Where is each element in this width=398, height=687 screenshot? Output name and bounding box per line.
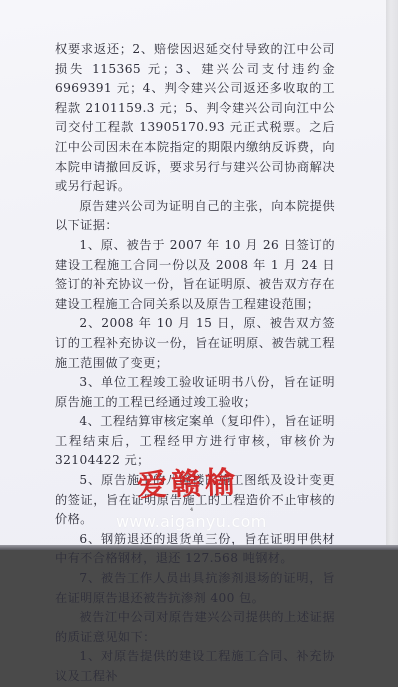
document-page: 权要求返还；2、赔偿因迟延交付导致的江中公司损失 115365 元；3、建兴公司…: [0, 0, 386, 545]
paragraph-evidence-4: 4、工程结算审核定案单（复印件），旨在证明工程结束后，工程经甲方进行审核，审核价…: [55, 412, 335, 471]
paragraph-evidence-intro: 原告建兴公司为证明自己的主张，向本院提供以下证据：: [55, 197, 335, 236]
paragraph-evidence-2: 2、2008 年 10 月 15 日，原、被告双方签订的工程补充协议一份，旨在证…: [55, 314, 335, 373]
scan-shadow: [0, 545, 398, 550]
paragraph-evidence-1: 1、原、被告于 2007 年 10 月 26 日签订的建设工程施工合同一份以及 …: [55, 236, 335, 314]
page-edge: [386, 0, 398, 550]
site-watermark: www.aiganyu.com: [116, 512, 267, 531]
paragraph-evidence-3: 3、单位工程竣工验收证明书八份，旨在证明原告施工的工程已经通过竣工验收；: [55, 373, 335, 412]
paragraph-counterclaim: 权要求返还；2、赔偿因迟延交付导致的江中公司损失 115365 元；3、建兴公司…: [55, 40, 335, 197]
scanned-document: 权要求返还；2、赔偿因迟延交付导致的江中公司损失 115365 元；3、建兴公司…: [0, 0, 398, 550]
red-stamp-overlay: 爱赣榆: [136, 466, 239, 504]
